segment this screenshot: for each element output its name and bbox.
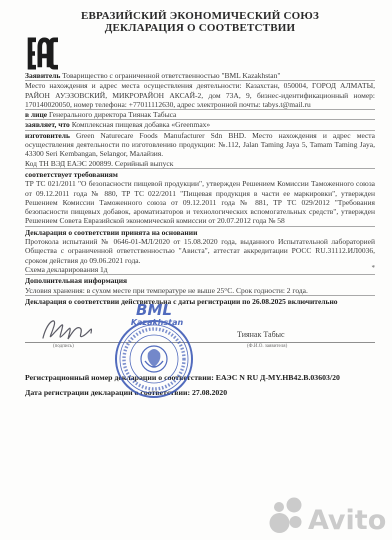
declarant-name-caption: (Ф.И.О. заявителя) [247,344,287,349]
registration-number-value: ЕАЭС N RU Д-MY.НВ42.В.03603/20 [216,373,340,382]
title-line-union: ЕВРАЗИЙСКИЙ ЭКОНОМИЧЕСКИЙ СОЮЗ [25,11,375,23]
manufacturer-row: изготовитель Green Naturecare Foods Manu… [25,131,375,159]
basis-heading: Декларация о соответствии принята на осн… [25,228,375,237]
applicant-value: Товарищество с ограниченной ответственно… [62,71,280,80]
product-name: Комплексная пищевая добавка «Greenmax» [72,120,210,129]
eac-logo-icon [25,37,375,71]
compliance-heading: соответствует требованиям [25,170,375,179]
applicant-row: Заявитель Товарищество с ограниченной от… [25,71,375,81]
declarant-name: Тиянак Табыс [237,330,285,339]
declaration-scheme-line: Схема декларирования 1д * [25,265,375,275]
compliance-text: ТР ТС 021/2011 "О безопасности пищевой п… [25,179,375,226]
applicant-address: Место нахождения и адрес места осуществл… [25,81,375,110]
applicant-label: Заявитель [25,71,60,80]
stamp-company-country: Kazakhstan [131,318,184,327]
document-title: ЕВРАЗИЙСКИЙ ЭКОНОМИЧЕСКИЙ СОЮЗ ДЕКЛАРАЦИ… [25,11,375,34]
document-content: ЕВРАЗИЙСКИЙ ЭКОНОМИЧЕСКИЙ СОЮЗ ДЕКЛАРАЦИ… [25,0,375,398]
footnote-mark: * [372,264,376,273]
representative-value: Генерального директора Тиянак Табыса [49,110,176,119]
basis-text: Протокола испытаний № 0646-01-МЛ/2020 от… [25,237,375,265]
signature-caption: (подпись) [53,344,74,349]
manufacturer-value: Green Naturecare Foods Manufacturer Sdn … [25,131,375,159]
declaration-document: ЕВРАЗИЙСКИЙ ЭКОНОМИЧЕСКИЙ СОЮЗ ДЕКЛАРАЦИ… [0,0,392,540]
title-line-declaration: ДЕКЛАРАЦИЯ О СООТВЕТСТВИИ [25,23,375,35]
storage-conditions-line: Условия хранения: в сухом месте при темп… [25,286,375,296]
scheme-text: Схема декларирования 1д [25,265,108,274]
avito-watermark: Avito [268,496,390,536]
representative-label: в лице [25,110,47,119]
representative-row: в лице Генерального директора Тиянак Таб… [25,110,375,120]
additional-info-heading: Дополнительная информация [25,276,375,285]
declares-label: заявляет, что [25,120,70,129]
tnved-code-line: Код ТН ВЭД ЕАЭС 200899. Серийный выпуск [25,159,375,169]
stamp-company-name: BML [136,301,172,319]
company-stamp: BML Kazakhstan [101,299,207,401]
manufacturer-label: изготовитель [25,131,70,140]
handwritten-signature [35,312,107,342]
product-row: заявляет, что Комплексная пищевая добавк… [25,120,375,130]
avito-watermark-text: Avito [308,505,386,536]
signature-block: (подпись) Тиянак Табыс (Ф.И.О. заявителя… [25,309,375,367]
